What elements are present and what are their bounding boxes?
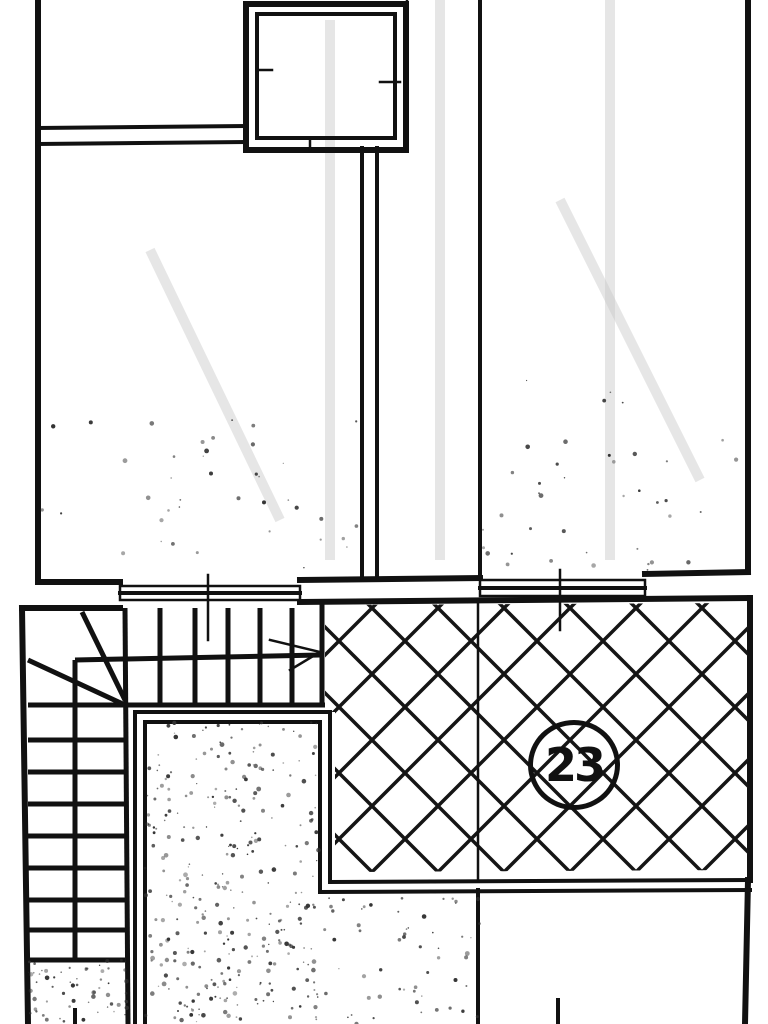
- floor-plan-drawing: [0, 0, 768, 1024]
- scan-artifacts: [150, 0, 700, 560]
- room-number-badge: 23: [528, 720, 620, 810]
- inner-enclosure: [75, 712, 750, 1024]
- room-number: 23: [545, 738, 603, 792]
- staircase: [28, 604, 325, 1024]
